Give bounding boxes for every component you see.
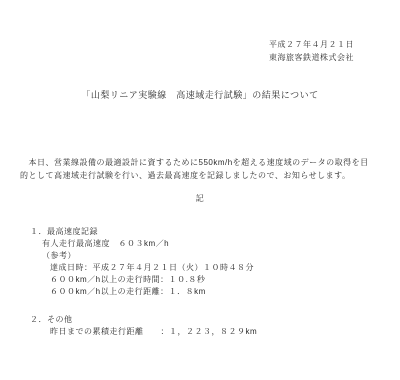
press-release-page: 平成２７年４月２１日 東海旅客鉄道株式会社 「山梨リニア実験線 高速域走行試験」… <box>0 0 400 380</box>
section-speed-record: １．最高速度記録 有人走行最高速度 ６０３km／h （参考） 達成日時：平成２７… <box>0 226 400 298</box>
section-other: ２．その他 昨日までの累積走行距離 ：１，２２３，８２９km <box>0 314 400 338</box>
company-name-line: 東海旅客鉄道株式会社 <box>0 51 354 64</box>
record-detail-datetime: 達成日時：平成２７年４月２１日（火）１０時４８分 <box>0 262 400 274</box>
section1-heading: １．最高速度記録 <box>0 226 400 238</box>
intro-paragraph: 本日、営業線設備の最適設計に資するために550km/hを超える速度域のデータの取… <box>0 157 400 182</box>
intro-line-2: 的として高速域走行試験を行い、過去最高速度を記録しましたので、お知らせします。 <box>20 170 382 183</box>
date-line: 平成２７年４月２１日 <box>0 38 354 51</box>
record-detail-distance: ６００km／h以上の走行距離：１．８km <box>0 286 400 298</box>
cumulative-distance-line: 昨日までの累積走行距離 ：１，２２３，８２９km <box>0 326 400 338</box>
reference-label: （参考） <box>0 250 400 262</box>
notice-marker: 記 <box>0 193 400 205</box>
max-speed-record-line: 有人走行最高速度 ６０３km／h <box>0 238 400 250</box>
document-header: 平成２７年４月２１日 東海旅客鉄道株式会社 <box>0 0 400 64</box>
intro-line-1: 本日、営業線設備の最適設計に資するために550km/hを超える速度域のデータの取… <box>20 157 382 170</box>
document-title: 「山梨リニア実験線 高速域走行試験」の結果について <box>0 89 400 101</box>
section2-heading: ２．その他 <box>0 314 400 326</box>
record-detail-duration: ６００km／h以上の走行時間：１０.８秒 <box>0 274 400 286</box>
